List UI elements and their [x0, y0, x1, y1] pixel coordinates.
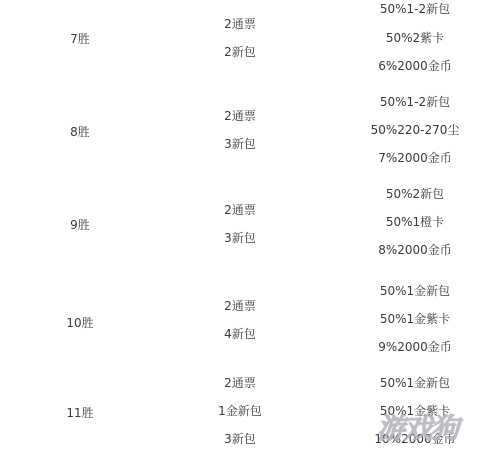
wins-cell: 11胜	[60, 404, 100, 421]
reward-item: 3新包	[195, 137, 285, 151]
reward-item: 2通票	[195, 203, 285, 217]
reward-item: 2通票	[195, 17, 285, 31]
reward-item: 50%1-2新包	[355, 2, 475, 16]
reward-item: 3新包	[195, 432, 285, 446]
reward-item: 50%1金紫卡	[355, 312, 475, 326]
reward-item: 2通票	[195, 299, 285, 313]
reward-item: 50%2新包	[355, 187, 475, 201]
reward-item: 1金新包	[195, 404, 285, 418]
wins-cell: 9胜	[60, 216, 100, 233]
wins-cell: 7胜	[60, 30, 100, 47]
wins-cell: 10胜	[60, 314, 100, 331]
reward-item: 2新包	[195, 45, 285, 59]
reward-item: 50%220-270尘	[355, 123, 475, 137]
reward-item: 4新包	[195, 327, 285, 341]
reward-item: 50%1金新包	[355, 376, 475, 390]
reward-item: 6%2000金币	[355, 59, 475, 73]
reward-item: 2通票	[195, 376, 285, 390]
reward-item: 9%2000金币	[355, 340, 475, 354]
reward-item: 10%2000金币	[355, 432, 475, 446]
reward-item: 50%2紫卡	[355, 31, 475, 45]
reward-item: 50%1金新包	[355, 284, 475, 298]
reward-item: 50%1金紫卡	[355, 404, 475, 418]
reward-item: 50%1-2新包	[355, 95, 475, 109]
reward-item: 2通票	[195, 109, 285, 123]
reward-item: 50%1橙卡	[355, 215, 475, 229]
reward-item: 3新包	[195, 231, 285, 245]
reward-item: 8%2000金币	[355, 243, 475, 257]
wins-cell: 8胜	[60, 123, 100, 140]
reward-item: 7%2000金币	[355, 151, 475, 165]
